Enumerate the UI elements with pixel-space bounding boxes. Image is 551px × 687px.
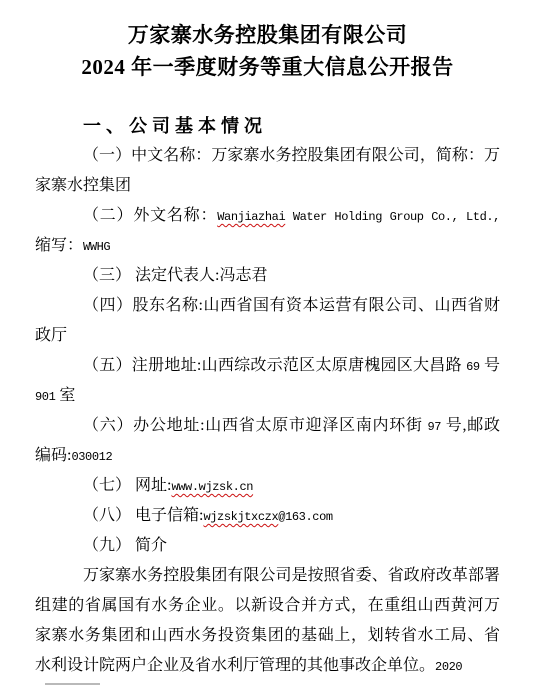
text-segment: （二）外文名称： — [83, 207, 217, 224]
text-line: （七） 网址:www.wjzsk.cn — [35, 471, 500, 501]
text-segment: 号,邮政 — [441, 417, 500, 434]
text-segment: 水利设计院两户企业及省水利厅管理的其他事改企单位。 — [35, 657, 435, 674]
text-segment: 组建的省属国有水务企业。以新设合并方式，在重组山西黄河万 — [35, 597, 500, 614]
misspelled-word: www.wjzsk.cn — [171, 480, 253, 494]
text-segment: 家寨水控集团 — [35, 177, 131, 194]
text-segment: （四）股东名称:山西省国有资本运营有限公司、山西省财 — [83, 297, 500, 314]
document-body: （一）中文名称：万家寨水务控股集团有限公司，简称：万家寨水控集团（二）外文名称：… — [35, 141, 500, 681]
text-segment: （六）办公地址:山西省太原市迎泽区南内环街 — [83, 417, 427, 434]
text-line: （四）股东名称:山西省国有资本运营有限公司、山西省财 — [35, 291, 500, 321]
latin-text-segment: 030012 — [71, 450, 112, 464]
text-line: 水利设计院两户企业及省水利厅管理的其他事改企单位。2020 — [35, 651, 500, 681]
misspelled-word: wjzskjtxczx — [203, 510, 278, 524]
latin-text-segment: Water Holding Group Co., Ltd., — [285, 210, 500, 224]
text-line: （一）中文名称：万家寨水务控股集团有限公司，简称：万 — [35, 141, 500, 171]
text-line: （八） 电子信箱:wjzskjtxczx@163.com — [35, 501, 500, 531]
latin-text-segment: 2020 — [435, 660, 462, 674]
text-line: 家寨水控集团 — [35, 171, 500, 201]
latin-text-segment: @163.com — [278, 510, 332, 524]
latin-text-segment: 69 — [466, 360, 480, 374]
text-segment: （九） 简介 — [83, 537, 167, 554]
text-line: （六）办公地址:山西省太原市迎泽区南内环街 97 号,邮政 — [35, 411, 500, 441]
text-line: 901 室 — [35, 381, 500, 411]
text-line: 编码:030012 — [35, 441, 500, 471]
document-content: 万家寨水务控股集团有限公司 2024 年一季度财务等重大信息公开报告 一、公司基… — [35, 0, 500, 681]
text-segment: （五）注册地址:山西综改示范区太原唐槐园区大昌路 — [83, 357, 466, 374]
latin-text-segment: WWHG — [83, 240, 110, 254]
text-line: 组建的省属国有水务企业。以新设合并方式，在重组山西黄河万 — [35, 591, 500, 621]
text-segment: 政厅 — [35, 327, 67, 344]
text-line: （二）外文名称：Wanjiazhai Water Holding Group C… — [35, 201, 500, 231]
document-title-line2: 2024 年一季度财务等重大信息公开报告 — [35, 51, 500, 83]
text-line: 缩写：WWHG — [35, 231, 500, 261]
text-line: （五）注册地址:山西综改示范区太原唐槐园区大昌路 69 号 — [35, 351, 500, 381]
text-segment: （一）中文名称：万家寨水务控股集团有限公司，简称：万 — [83, 147, 500, 164]
text-line: （九） 简介 — [35, 531, 500, 561]
text-line: （三） 法定代表人:冯志君 — [35, 261, 500, 291]
text-segment: 缩写： — [35, 237, 83, 254]
text-line: 家寨水务集团和山西水务投资集团的基础上，划转省水工局、省 — [35, 621, 500, 651]
text-segment: （八） 电子信箱: — [83, 507, 203, 524]
text-line: 政厅 — [35, 321, 500, 351]
misspelled-word: Wanjiazhai — [217, 210, 285, 224]
latin-text-segment: 97 — [427, 420, 441, 434]
document-title: 万家寨水务控股集团有限公司 2024 年一季度财务等重大信息公开报告 — [35, 0, 500, 83]
text-segment: 万家寨水务控股集团有限公司是按照省委、省政府改革部署 — [83, 567, 500, 584]
document-title-line1: 万家寨水务控股集团有限公司 — [35, 19, 500, 51]
latin-text-segment: 901 — [35, 390, 55, 404]
text-segment: 家寨水务集团和山西水务投资集团的基础上，划转省水工局、省 — [35, 627, 500, 644]
text-segment: 号 — [480, 357, 500, 374]
text-segment: （三） 法定代表人:冯志君 — [83, 267, 267, 284]
text-segment: 室 — [55, 387, 75, 404]
section-heading: 一、公司基本情况 — [35, 111, 500, 141]
text-line: 万家寨水务控股集团有限公司是按照省委、省政府改革部署 — [35, 561, 500, 591]
text-segment: 编码: — [35, 447, 71, 464]
document-page: 万家寨水务控股集团有限公司 2024 年一季度财务等重大信息公开报告 一、公司基… — [0, 0, 551, 687]
text-segment: （七） 网址: — [83, 477, 171, 494]
partial-next-line-artifact — [45, 683, 100, 685]
